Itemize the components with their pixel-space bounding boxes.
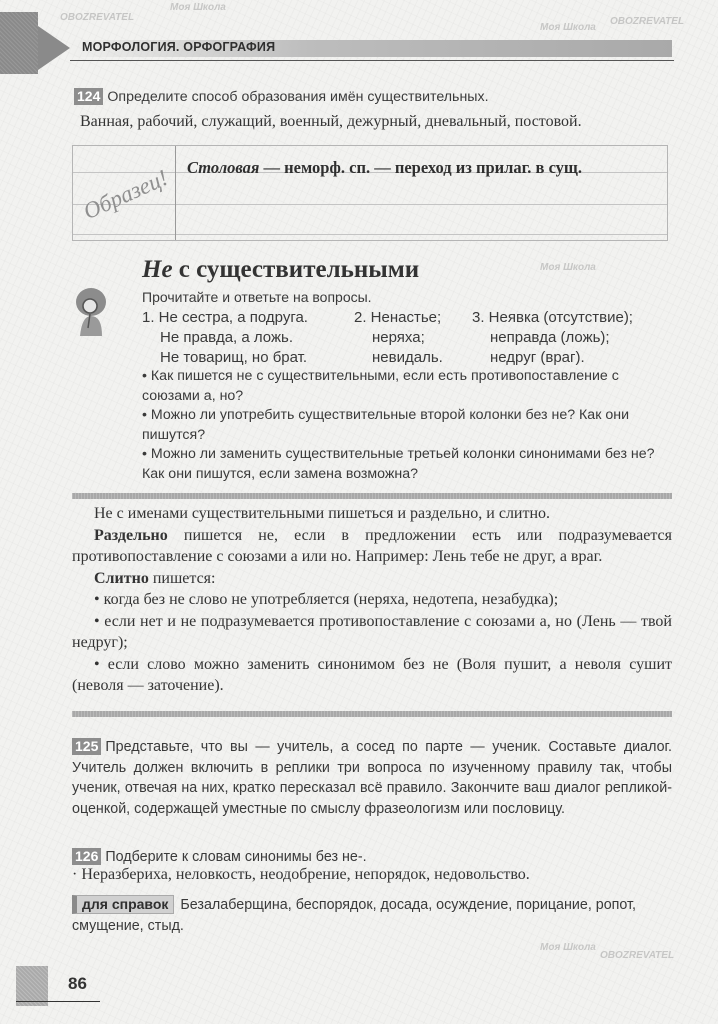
rule-bullet: • если слово можно заменить синонимом бе… — [72, 654, 672, 697]
rule-joined-label: Слитно — [94, 570, 149, 587]
watermark: Моя Школа — [170, 2, 226, 13]
column-item: неправда (ложь); — [472, 328, 633, 348]
rule-bottom-band — [72, 711, 672, 717]
questions-list: • Как пишется не с существительными, есл… — [142, 367, 672, 484]
rule-joined: Слитно пишется: — [72, 568, 672, 590]
rule-bullet: • если нет и не подразумевается противоп… — [72, 611, 672, 654]
column-item: 2. Ненастье; — [354, 308, 443, 328]
question-item: • Как пишется не с существительными, есл… — [142, 367, 672, 406]
column-1: 1. Не сестра, а подруга. Не правда, а ло… — [142, 308, 308, 368]
question-item: • Можно ли заменить существительные трет… — [142, 445, 672, 484]
student-avatar-icon — [72, 284, 110, 338]
sample-word: Столовая — [187, 158, 259, 177]
exercise-number-badge: 125 — [72, 738, 101, 755]
rule-box: Не с именами существительными пишеться и… — [72, 503, 672, 697]
column-item: 1. Не сестра, а подруга. — [142, 308, 308, 328]
exercise-124-words: Ванная, рабочий, служащий, военный, дежу… — [80, 113, 582, 131]
column-3: 3. Неявка (отсутствие); неправда (ложь);… — [472, 308, 633, 368]
exercise-124-task: 124Определите способ образования имён су… — [74, 88, 489, 105]
header-tab-decoration — [0, 12, 38, 74]
exercise-126-words: · Неразбериха, неловкость, неодобрение, … — [72, 866, 530, 884]
section-header-title: МОРФОЛОГИЯ. ОРФОГРАФИЯ — [82, 40, 275, 54]
column-item: неряха; — [354, 328, 443, 348]
watermark: Моя Школа — [540, 942, 596, 953]
exercise-126-task: 126Подберите к словам синонимы без не-. — [72, 848, 367, 865]
sample-text: Столовая — неморф. сп. — переход из прил… — [187, 156, 657, 180]
rule-separate: Раздельно пишется не, если в предложении… — [72, 525, 672, 568]
sample-stamp: Образец! — [80, 165, 172, 225]
rule-bullet: • когда без не слово не употребляется (н… — [72, 589, 672, 611]
column-item: Не товарищ, но брат. — [142, 348, 308, 368]
section-title: Не с существительными — [142, 256, 419, 284]
page-footer-line — [16, 1001, 100, 1002]
exercise-124-task-text: Определите способ образования имён сущес… — [107, 89, 488, 105]
reference-label: для справок — [72, 895, 174, 914]
exercise-126-task-text: Подберите к словам синонимы без не-. — [105, 849, 366, 865]
exercise-number-badge: 124 — [74, 88, 103, 105]
section-title-rest: с существительными — [173, 256, 420, 283]
rule-joined-text: пишется: — [149, 570, 216, 587]
watermark: OBOZREVATEL — [600, 950, 674, 961]
watermark: Моя Школа — [540, 22, 596, 33]
watermark: Моя Школа — [540, 262, 596, 273]
column-item: недруг (враг). — [472, 348, 633, 368]
page-number: 86 — [68, 974, 87, 994]
section-title-italic: Не — [142, 256, 173, 283]
question-item: • Можно ли употребить существительные вт… — [142, 406, 672, 445]
column-2: 2. Ненастье; неряха; невидаль. — [354, 308, 443, 368]
reference-block: для справокБезалаберщина, беспорядок, до… — [72, 895, 672, 936]
column-item: 3. Неявка (отсутствие); — [472, 308, 633, 328]
watermark: OBOZREVATEL — [60, 12, 134, 23]
column-item: Не правда, а ложь. — [142, 328, 308, 348]
column-item: невидаль. — [354, 348, 443, 368]
sample-box: Образец! Столовая — неморф. сп. — перехо… — [72, 145, 668, 241]
exercise-125-text: Представьте, что вы — учитель, а сосед п… — [72, 739, 672, 817]
watermark: OBOZREVATEL — [610, 16, 684, 27]
rule-separate-label: Раздельно — [94, 527, 168, 544]
header-divider — [70, 60, 674, 61]
sample-explanation: — неморф. сп. — переход из прилаг. в сущ… — [259, 158, 582, 177]
rule-intro: Не с именами существительными пишеться и… — [72, 503, 672, 525]
rule-top-band — [72, 493, 672, 499]
page-corner-decoration — [16, 966, 48, 1006]
exercise-125: 125Представьте, что вы — учитель, а сосе… — [72, 737, 672, 819]
section-prompt: Прочитайте и ответьте на вопросы. — [142, 289, 372, 305]
exercise-number-badge: 126 — [72, 848, 101, 865]
